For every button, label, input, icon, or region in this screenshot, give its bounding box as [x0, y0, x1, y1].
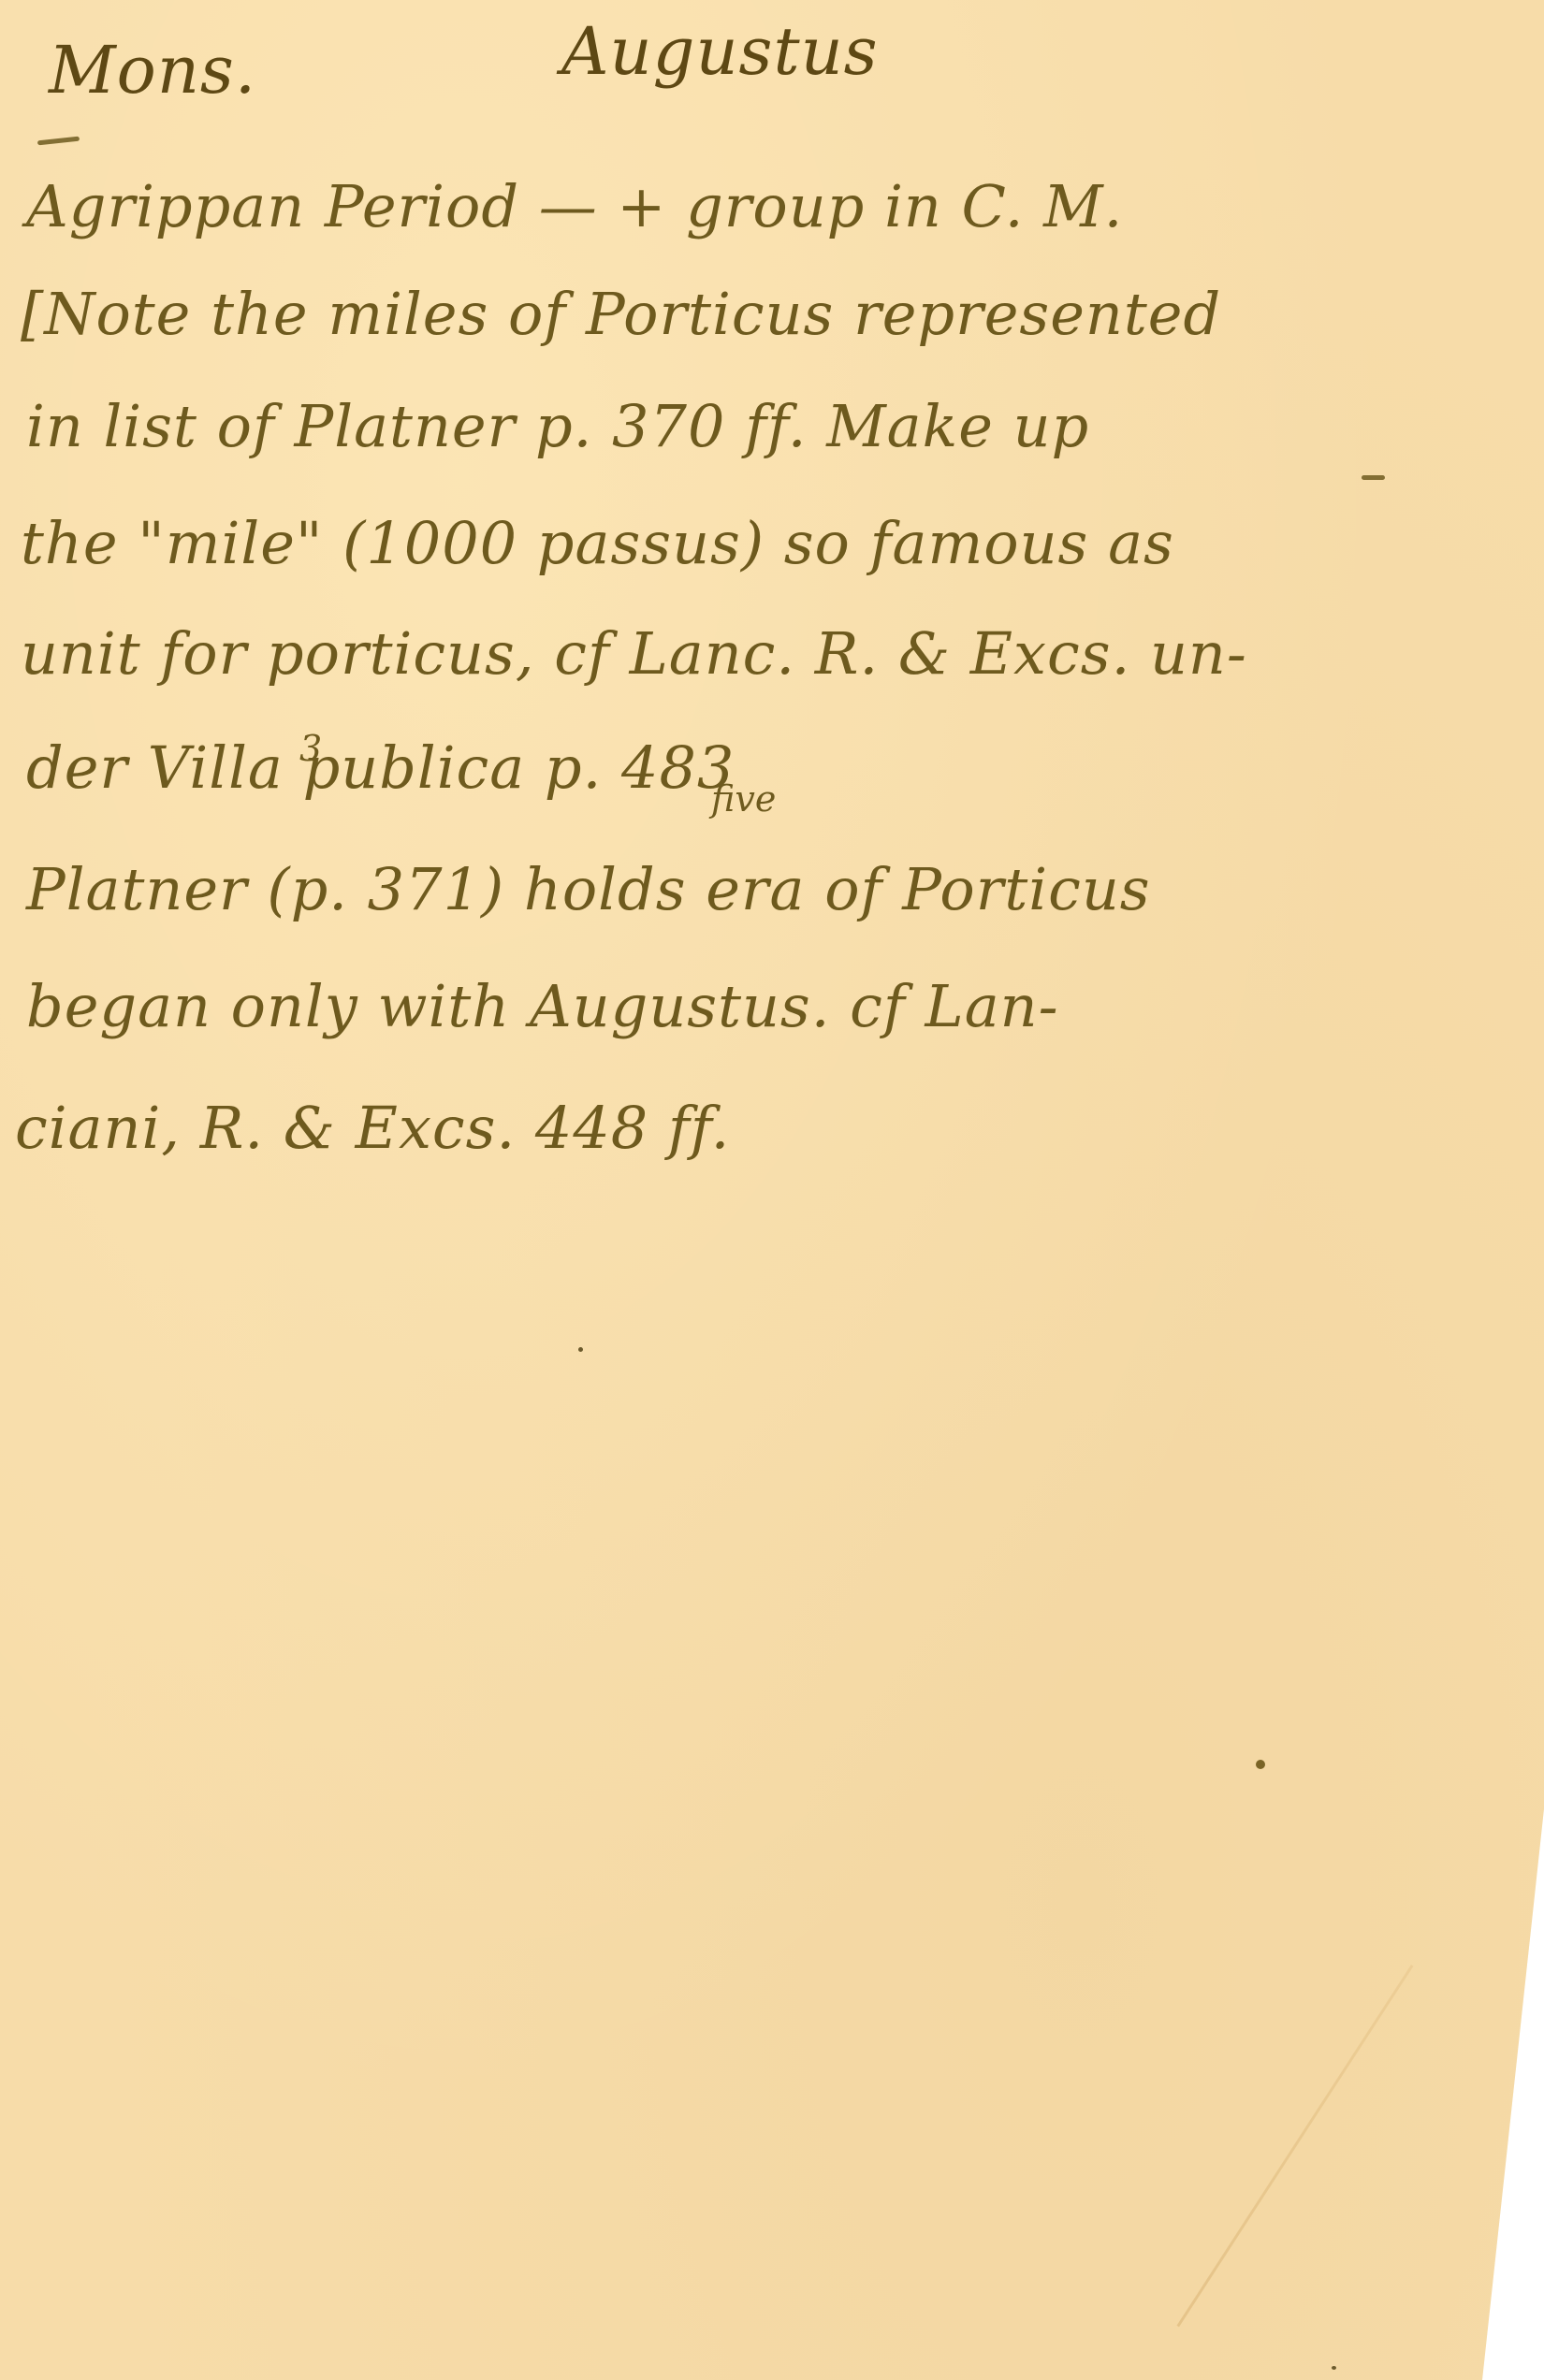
- note-line-3: in list of Platner p. 370 ff. Make up: [26, 398, 1089, 456]
- note-line-6: der Villa publica p. 483: [26, 739, 735, 797]
- note-line-4: the "mile" (1000 passus) so famous as: [21, 515, 1174, 573]
- page-superscript: 3: [299, 728, 322, 769]
- card-heading-augustus: Augustus: [561, 19, 879, 84]
- note-line-2: [Note the miles of Porticus represented: [21, 285, 1221, 343]
- card-heading-mons: Mons.: [49, 37, 256, 103]
- make-up-underline: [1362, 475, 1385, 480]
- heading-underline: [37, 137, 80, 146]
- paper-speck: [1332, 2366, 1336, 2370]
- note-line-9: ciani, R. & Excs. 448 ff.: [15, 1099, 730, 1157]
- note-line-1: Agrippan Period — + group in C. M.: [26, 178, 1123, 236]
- note-line-8: began only with Augustus. cf Lan-: [26, 978, 1059, 1036]
- paper-speck: [1256, 1760, 1265, 1769]
- note-line-7: Platner (p. 371) holds era of Porticus: [26, 861, 1151, 919]
- index-card: Mons. Augustus Agrippan Period — + group…: [0, 0, 1544, 2380]
- interlinear-note: five: [711, 778, 776, 820]
- note-line-5: unit for porticus, cf Lanc. R. & Excs. u…: [21, 625, 1247, 683]
- paper-speck: [578, 1347, 583, 1352]
